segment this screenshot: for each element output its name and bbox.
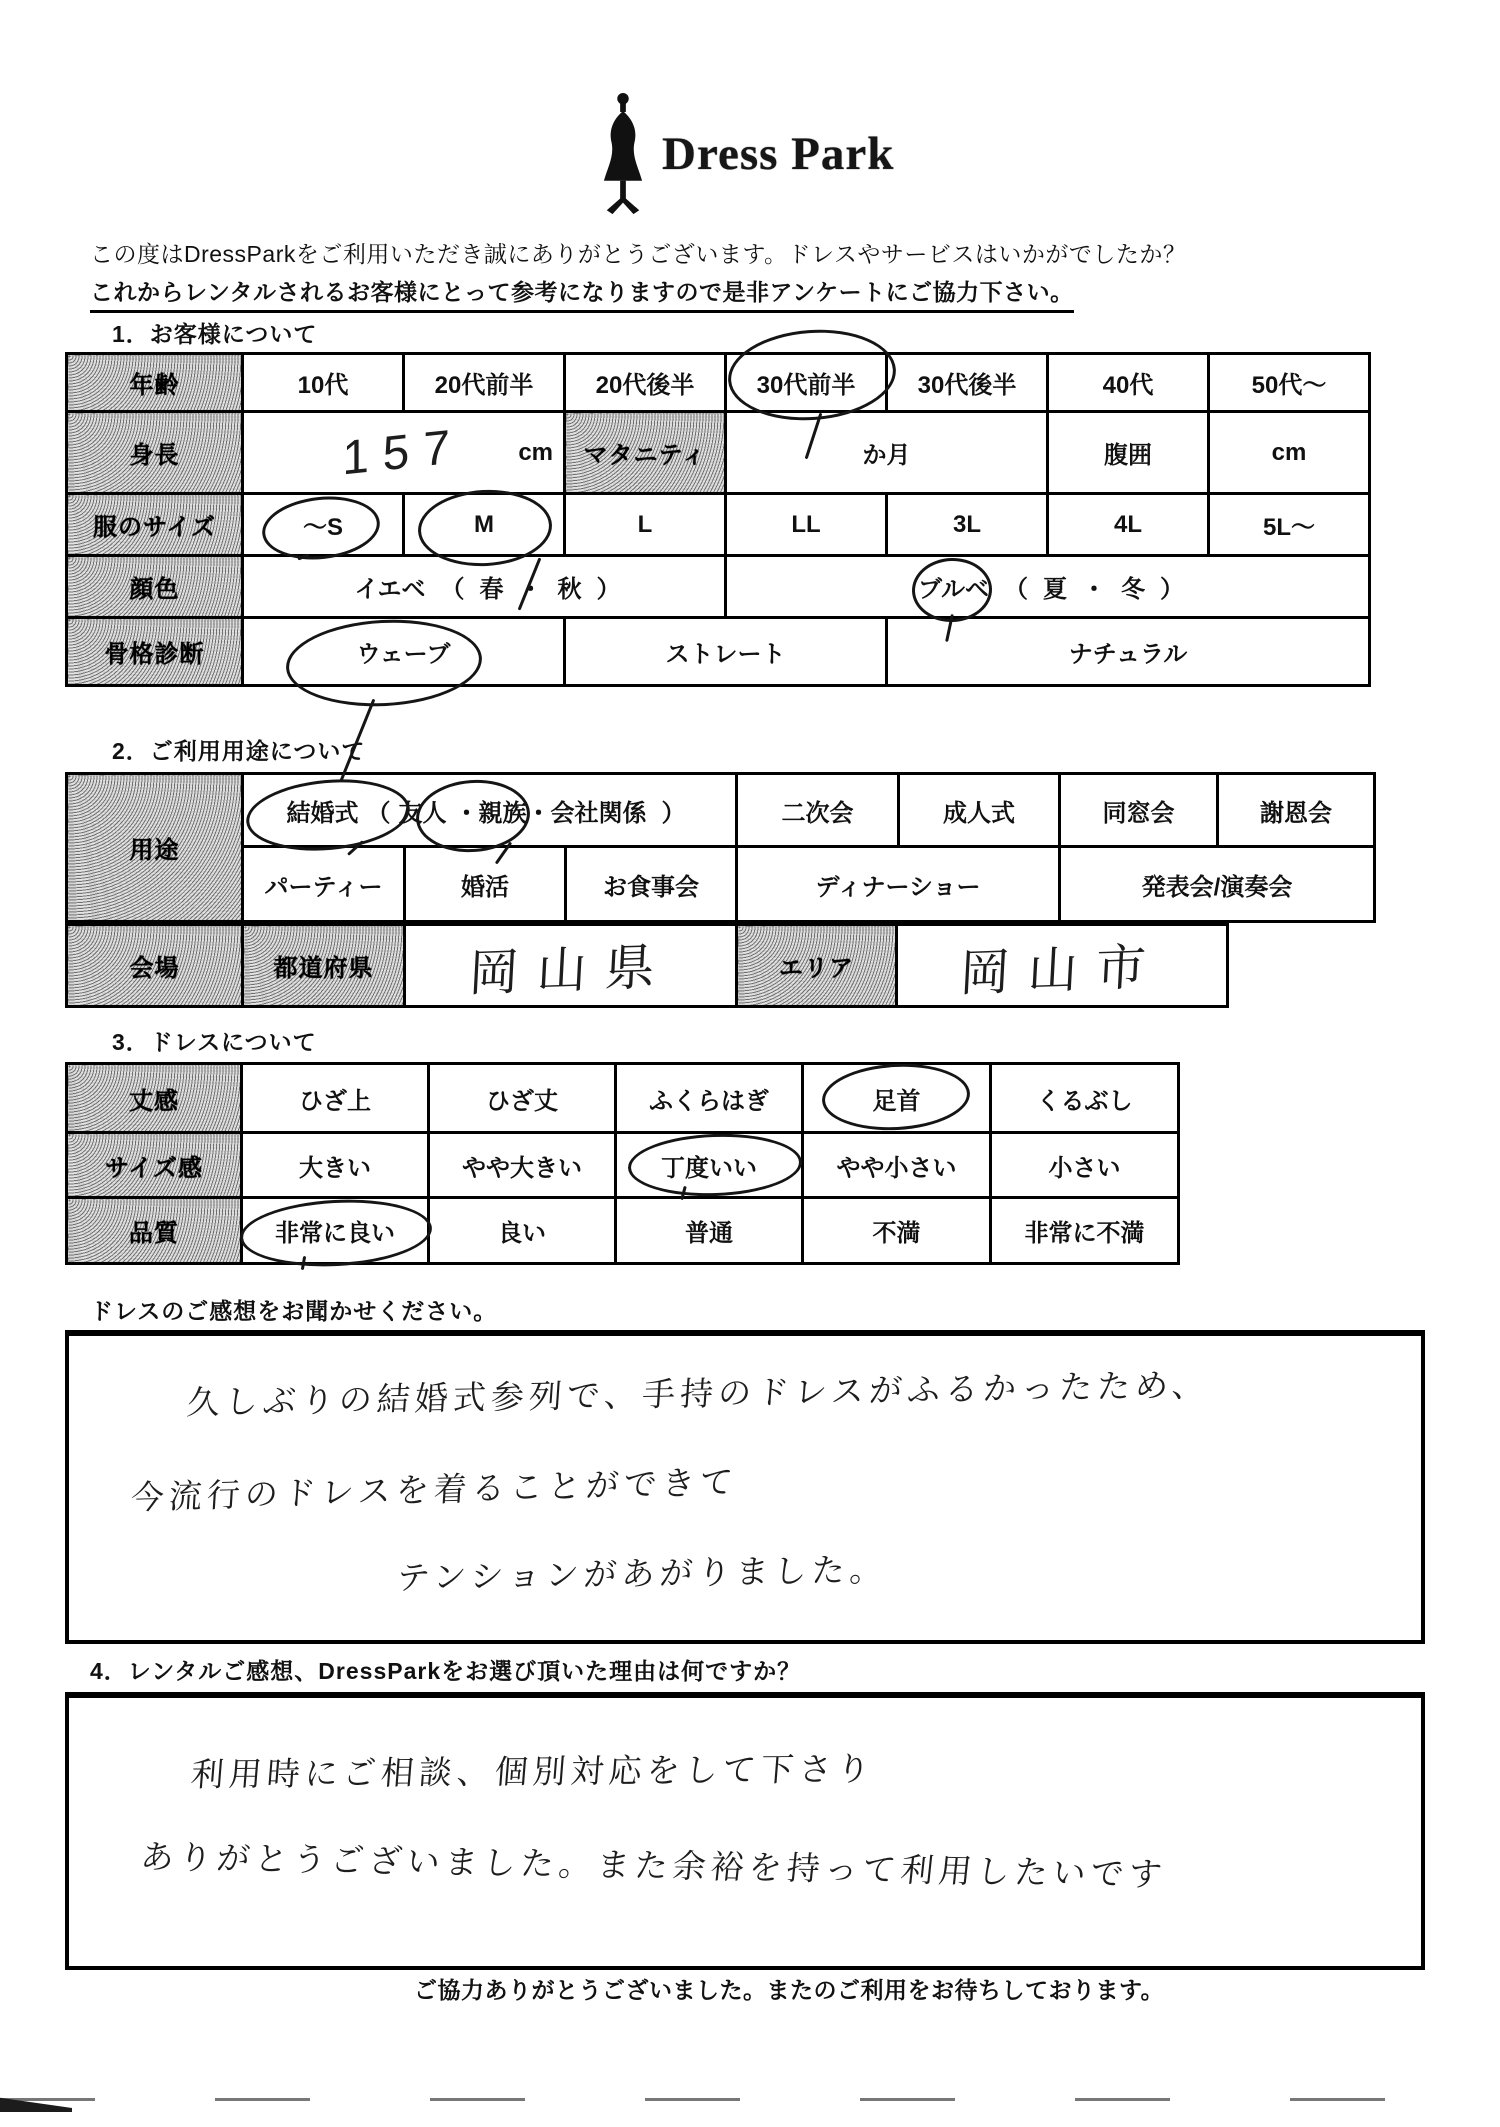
fit-row-label: サイズ感	[67, 1133, 242, 1198]
reason-writein-box: 利用時にご相談、個別対応をして下さり ありがとうございました。また余裕を持って利…	[65, 1692, 1425, 1970]
length-option-cell: ふくらはぎ	[616, 1064, 803, 1133]
quality-option-cell: 不満	[803, 1198, 991, 1264]
purpose-option-cell: 謝恩会	[1218, 774, 1375, 847]
age-option-cell: 20代前半	[404, 354, 565, 412]
dress-table: 丈感 ひざ上 ひざ丈 ふくらはぎ 足首 くるぶし サイズ感 大きい やや大きい …	[65, 1062, 1180, 1265]
height-value-cell: 157 cm	[243, 412, 565, 494]
brand-logo: Dress Park	[594, 92, 894, 216]
maternity-months-cell: か月	[726, 412, 1048, 494]
length-option-cell: ひざ丈	[429, 1064, 616, 1133]
age-row: 年齢 10代 20代前半 20代後半 30代前半 30代後半 40代 50代～	[67, 354, 1370, 412]
blue-base-summer-selected: 夏	[1043, 569, 1067, 604]
purpose-option-cell: 成人式	[899, 774, 1060, 847]
reason-handwritten-line: ありがとうございました。また余裕を持って利用したいです	[139, 1831, 1170, 1896]
area-value-cell: 岡山市	[897, 925, 1228, 1007]
fit-option-cell: やや大きい	[429, 1133, 616, 1198]
maternity-label: マタニティ	[565, 412, 726, 494]
skeleton-row: 骨格診断 ウェーブ ストレート ナチュラル	[67, 618, 1370, 686]
size-option-cell: 4L	[1048, 494, 1209, 556]
age-option-cell: 40代	[1048, 354, 1209, 412]
section2-title: 2．ご利用用途について	[112, 733, 365, 766]
purpose-table: 用途 結婚式（友人・親族・会社関係） 二次会 成人式 同窓会 謝恩会 パーティー…	[65, 772, 1376, 923]
purpose-option-cell: パーティー	[243, 847, 405, 922]
fit-row: サイズ感 大きい やや大きい 丁度いい やや小さい 小さい	[67, 1133, 1179, 1198]
fit-option-cell: やや小さい	[803, 1133, 991, 1198]
size-row-label: 服のサイズ	[67, 494, 243, 556]
scan-artifact-corner	[0, 2090, 72, 2112]
quality-row-label: 品質	[67, 1198, 242, 1264]
age-row-label: 年齢	[67, 354, 243, 412]
skeleton-option-cell: ナチュラル	[887, 618, 1370, 686]
length-row-label: 丈感	[67, 1064, 242, 1133]
venue-row: 会場 都道府県 岡山県 エリア 岡山市	[67, 925, 1228, 1007]
section4-title: 4．レンタルご感想、DressParkをお選び頂いた理由は何ですか？	[90, 1653, 801, 1686]
size-option-cell: L	[565, 494, 726, 556]
purpose-option-cell: 婚活	[405, 847, 566, 922]
purpose-option-cell: 発表会/演奏会	[1060, 847, 1375, 922]
size-option-cell: LL	[726, 494, 887, 556]
skeleton-option-cell: ストレート	[565, 618, 887, 686]
quality-option-cell: 普通	[616, 1198, 803, 1264]
prefecture-handwritten-value: 岡山県	[467, 926, 675, 1005]
height-unit-label: cm	[518, 439, 553, 467]
age-option-cell: 10代	[243, 354, 404, 412]
height-row: 身長 157 cm マタニティ か月 腹囲 cm	[67, 412, 1370, 494]
purpose-row-2: パーティー 婚活 お食事会 ディナーショー 発表会/演奏会	[67, 847, 1375, 922]
brand-name: Dress Park	[662, 127, 894, 181]
footer-thanks-text: ご協力ありがとうございました。またのご利用をお待ちしております。	[414, 1972, 1164, 2005]
skeleton-row-label: 骨格診断	[67, 618, 243, 686]
purpose-option-cell: 同窓会	[1060, 774, 1218, 847]
waist-unit-cell: cm	[1209, 412, 1370, 494]
color-row-label: 顔色	[67, 556, 243, 618]
fit-option-cell: 大きい	[242, 1133, 429, 1198]
quality-option-cell: 良い	[429, 1198, 616, 1264]
feedback-writein-box: 久しぶりの結婚式参列で、手持のドレスがふるかったため、 今流行のドレスを着ること…	[65, 1330, 1425, 1644]
length-option-cell: ひざ上	[242, 1064, 429, 1133]
size-option-cell: 5L～	[1209, 494, 1370, 556]
prefecture-label: 都道府県	[243, 925, 405, 1007]
venue-table: 会場 都道府県 岡山県 エリア 岡山市	[65, 923, 1229, 1008]
feedback-label: ドレスのご感想をお聞かせください。	[90, 1293, 497, 1326]
length-option-cell: くるぶし	[991, 1064, 1179, 1133]
intro-thanks-text: この度はDressParkをご利用いただき誠にありがとうございます。ドレスやサー…	[90, 236, 1186, 269]
purpose-row-label: 用途	[67, 774, 243, 922]
prefecture-value-cell: 岡山県	[405, 925, 737, 1007]
length-row: 丈感 ひざ上 ひざ丈 ふくらはぎ 足首 くるぶし	[67, 1064, 1179, 1133]
purpose-option-cell: お食事会	[566, 847, 737, 922]
height-handwritten-value: 157	[343, 418, 464, 486]
feedback-handwritten-line: 今流行のドレスを着ることができて	[130, 1456, 740, 1519]
feedback-handwritten-line: テンションがあがりました。	[395, 1544, 889, 1600]
age-option-cell: 20代後半	[565, 354, 726, 412]
dress-mannequin-icon	[594, 92, 652, 216]
feedback-handwritten-line: 久しぶりの結婚式参列で、手持のドレスがふるかったため、	[185, 1359, 1211, 1424]
height-row-label: 身長	[67, 412, 243, 494]
customer-info-table: 年齢 10代 20代前半 20代後半 30代前半 30代後半 40代 50代～ …	[65, 352, 1371, 687]
purpose-option-cell: 二次会	[737, 774, 899, 847]
scan-artifact-line	[0, 2098, 1500, 2101]
reason-handwritten-line: 利用時にご相談、個別対応をして下さり	[189, 1743, 877, 1796]
section3-title: 3．ドレスについて	[112, 1024, 317, 1057]
personal-color-row: 顔色 イエベ（春・秋） ブルベ（夏・冬）	[67, 556, 1370, 618]
purpose-option-cell: ディナーショー	[737, 847, 1060, 922]
quality-row: 品質 非常に良い 良い 普通 不満 非常に不満	[67, 1198, 1179, 1264]
section1-title: 1．お客様について	[112, 316, 317, 349]
waist-label-cell: 腹囲	[1048, 412, 1209, 494]
blue-base-cell: ブルベ（夏・冬）	[726, 556, 1370, 618]
age-option-cell: 50代～	[1209, 354, 1370, 412]
venue-row-label: 会場	[67, 925, 243, 1007]
intro-request-text: これからレンタルされるお客様にとって参考になりますので是非アンケートにご協力下さ…	[90, 274, 1074, 313]
size-option-cell: 3L	[887, 494, 1048, 556]
area-handwritten-value: 岡山市	[958, 926, 1166, 1005]
clothing-size-row: 服のサイズ ～S M L LL 3L 4L 5L～	[67, 494, 1370, 556]
age-option-cell: 30代後半	[887, 354, 1048, 412]
area-label: エリア	[737, 925, 897, 1007]
quality-option-cell: 非常に不満	[991, 1198, 1179, 1264]
fit-option-cell: 小さい	[991, 1133, 1179, 1198]
